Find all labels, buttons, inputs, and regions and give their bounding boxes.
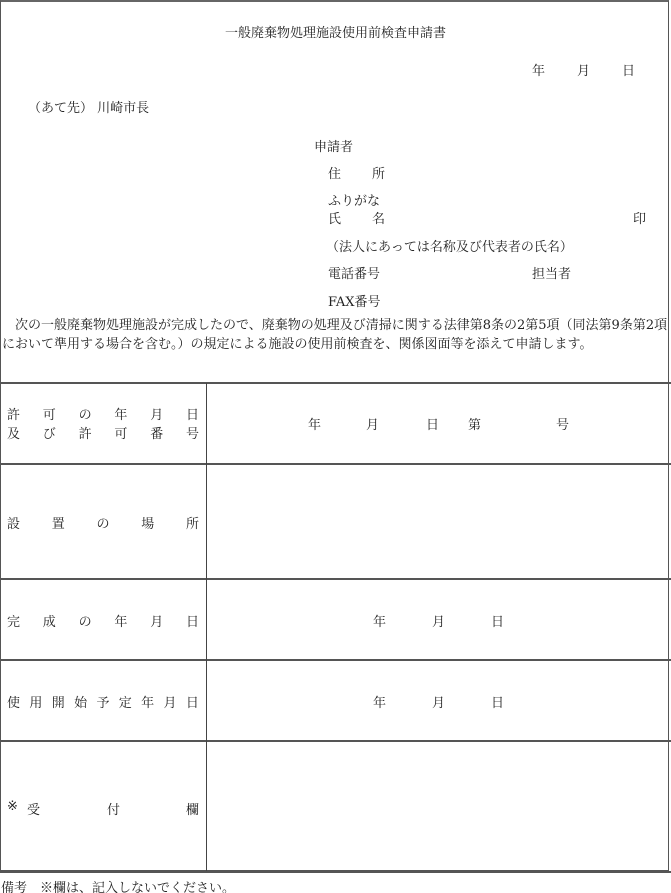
fax-label: FAX番号 (328, 291, 381, 310)
furigana-label: ふりがな (328, 190, 380, 209)
completion-date-label: 完 成 の 年 月 日 (7, 611, 199, 630)
footnote: 備考 ※欄は、記入しないでください。 (1, 877, 235, 893)
document-title: 一般廃棄物処理施設使用前検査申請書 (0, 22, 671, 41)
location-label: 設 置 の 場 所 (7, 513, 199, 532)
application-statement: 次の一般廃棄物処理施設が完成したので、廃棄物の処理及び清掃に関する法律第8条の2… (2, 316, 668, 354)
completion-date-field[interactable]: 年 月 日 (207, 580, 669, 659)
phone-label: 電話番号 (328, 263, 380, 282)
address-label: 住 所 (328, 163, 385, 182)
planned-start-date-field[interactable]: 年 月 日 (207, 661, 669, 740)
date-day: 日 (622, 60, 635, 79)
permit-label-line2: 及 び 許 可 番 号 (7, 423, 199, 442)
table-bottom-border (0, 871, 671, 873)
addressee: （あて先） 川崎市長 (28, 97, 149, 116)
location-field[interactable] (207, 465, 669, 578)
reception-field (207, 742, 669, 871)
contact-person-label: 担当者 (532, 263, 571, 282)
seal-mark: 印 (633, 208, 646, 227)
date-month: 月 (577, 60, 590, 79)
planned-start-date-label: 使 用 開 始 予 定 年 月 日 (7, 692, 199, 711)
permit-label-line1: 許 可 の 年 月 日 (7, 404, 199, 423)
name-label: 氏 名 (328, 208, 385, 227)
date-year: 年 (532, 60, 545, 79)
applicant-heading: 申請者 (314, 136, 353, 155)
permit-date-number-field[interactable]: 年 月 日 第 号 (207, 384, 669, 463)
reception-label: ※ 受 付 欄 (7, 799, 199, 817)
corporate-note: （法人にあっては名称及び代表者の氏名） (326, 236, 573, 255)
